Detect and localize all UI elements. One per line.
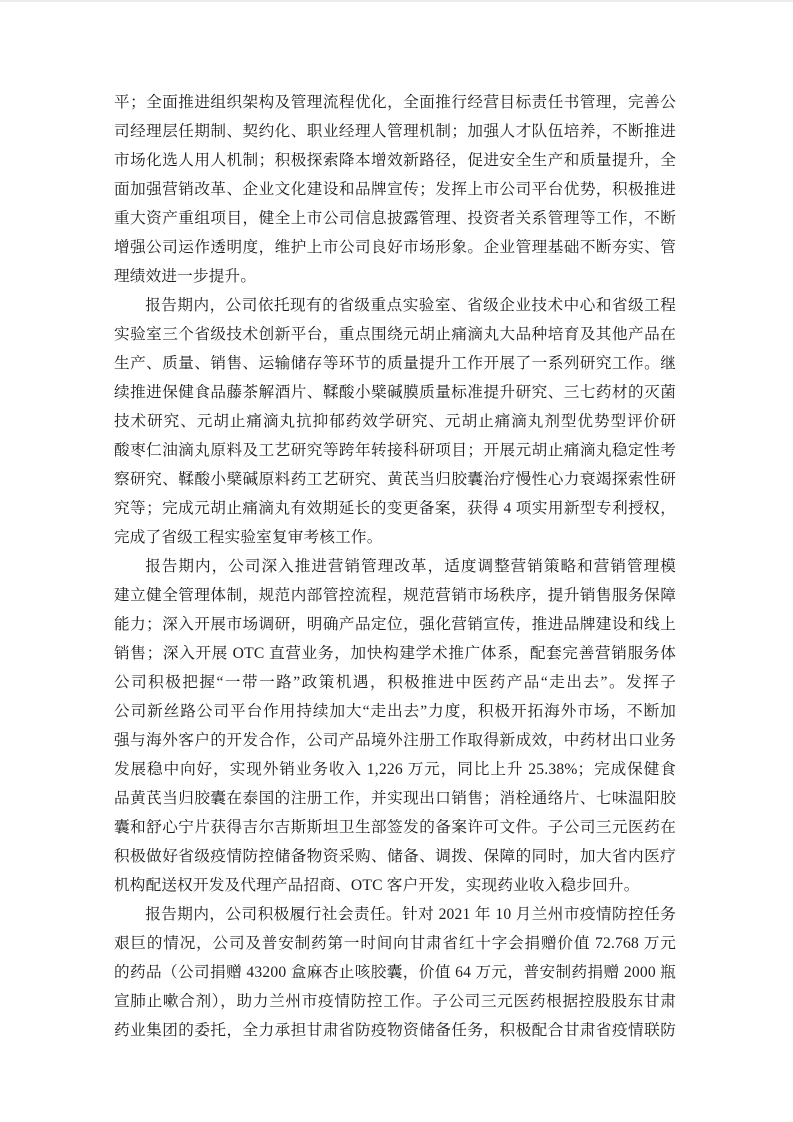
text-line: 面加强营销改革、企业文化建设和品牌宣传；发挥上市公司平台优势，积极推进 [114,175,676,204]
text-line: 公司新丝路公司平台作用持续加大“走出去”力度，积极开拓海外市场，不断加 [114,697,676,726]
text-line: 生产、质量、销售、运输储存等环节的质量提升工作开展了一系列研究工作。继 [114,349,676,378]
text-line: 增强公司运作透明度，维护上市公司良好市场形象。企业管理基础不断夯实、管 [114,233,676,262]
text-line: 机构配送权开发及代理产品招商、OTC 客户开发，实现药业收入稳步回升。 [114,871,676,900]
text-line: 技术研究、元胡止痛滴丸抗抑郁药效学研究、元胡止痛滴丸剂型优势型评价研究、 [114,407,676,436]
text-line: 重大资产重组项目，健全上市公司信息披露管理、投资者关系管理等工作，不断 [114,204,676,233]
paragraph: 报告期内，公司积极履行社会责任。针对 2021 年 10 月兰州市疫情防控任务艰… [114,900,676,1045]
text-line: 市场化选人用人机制；积极探索降本增效新路径，促进安全生产和质量提升，全 [114,146,676,175]
paragraph: 平；全面推进组织架构及管理流程优化，全面推行经营目标责任书管理，完善公司经理层任… [114,88,676,291]
report-page: 平；全面推进组织架构及管理流程优化，全面推行经营目标责任书管理，完善公司经理层任… [0,0,793,1122]
text-line: 销售；深入开展 OTC 直营业务，加快构建学术推广体系，配套完善营销服务体系。 [114,639,676,668]
text-line: 囊和舒心宁片获得吉尔吉斯斯坦卫生部签发的备案许可文件。子公司三元医药在 [114,813,676,842]
text-line: 续推进保健食品藤茶解酒片、鞣酸小檗碱膜质量标准提升研究、三七药材的灭菌 [114,378,676,407]
text-line: 平；全面推进组织架构及管理流程优化，全面推行经营目标责任书管理，完善公 [114,88,676,117]
text-line: 发展稳中向好，实现外销业务收入 1,226 万元，同比上升 25.38%；完成保… [114,755,676,784]
report-body-text: 平；全面推进组织架构及管理流程优化，全面推行经营目标责任书管理，完善公司经理层任… [114,88,676,1045]
text-line: 积极做好省级疫情防控储备物资采购、储备、调拨、保障的同时，加大省内医疗 [114,842,676,871]
text-line: 艰巨的情况，公司及普安制药第一时间向甘肃省红十字会捐赠价值 72.768 万元 [114,929,676,958]
text-line: 酸枣仁油滴丸原料及工艺研究等跨年转接科研项目；开展元胡止痛滴丸稳定性考 [114,436,676,465]
text-line: 察研究、鞣酸小檗碱原料药工艺研究、黄芪当归胶囊治疗慢性心力衰竭探索性研 [114,465,676,494]
text-line: 报告期内，公司积极履行社会责任。针对 2021 年 10 月兰州市疫情防控任务 [114,900,676,929]
text-line: 品黄芪当归胶囊在泰国的注册工作，并实现出口销售；消栓通络片、七味温阳胶 [114,784,676,813]
text-line: 完成了省级工程实验室复审考核工作。 [114,523,676,552]
paragraph: 报告期内，公司依托现有的省级重点实验室、省级企业技术中心和省级工程实验室三个省级… [114,291,676,552]
text-line: 的药品（公司捐赠 43200 盒麻杏止咳胶囊，价值 64 万元，普安制药捐赠 2… [114,958,676,987]
text-line: 实验室三个省级技术创新平台，重点围绕元胡止痛滴丸大品种培育及其他产品在 [114,320,676,349]
text-line: 究等；完成元胡止痛滴丸有效期延长的变更备案，获得 4 项实用新型专利授权， [114,494,676,523]
text-line: 理绩效进一步提升。 [114,262,676,291]
text-line: 公司积极把握“一带一路”政策机遇，积极推进中医药产品“走出去”。发挥子 [114,668,676,697]
text-line: 药业集团的委托，全力承担甘肃省防疫物资储备任务，积极配合甘肃省疫情联防 [114,1016,676,1045]
text-line: 能力；深入开展市场调研，明确产品定位，强化营销宣传，推进品牌建设和线上 [114,610,676,639]
text-line: 建立健全管理体制，规范内部管控流程，规范营销市场秩序，提升销售服务保障 [114,581,676,610]
text-line: 报告期内，公司依托现有的省级重点实验室、省级企业技术中心和省级工程 [114,291,676,320]
paragraph: 报告期内，公司深入推进营销管理改革，适度调整营销策略和营销管理模式；建立健全管理… [114,552,676,900]
text-line: 强与海外客户的开发合作，公司产品境外注册工作取得新成效，中药材出口业务 [114,726,676,755]
text-line: 报告期内，公司深入推进营销管理改革，适度调整营销策略和营销管理模式； [114,552,676,581]
text-line: 宣肺止嗽合剂），助力兰州市疫情防控工作。子公司三元医药根据控股股东甘肃 [114,987,676,1016]
text-line: 司经理层任期制、契约化、职业经理人管理机制；加强人才队伍培养，不断推进 [114,117,676,146]
